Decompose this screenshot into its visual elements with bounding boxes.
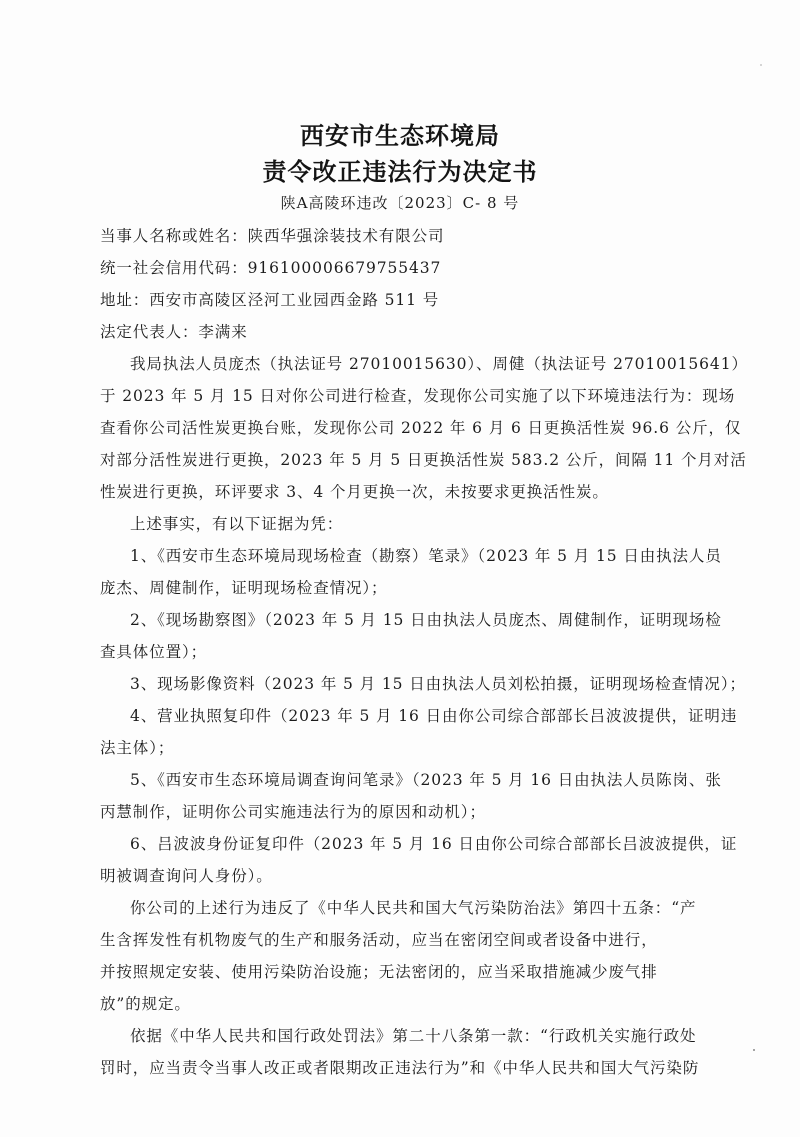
party-name-value: 陕西华强涂装技术有限公司	[248, 227, 445, 245]
issuer-title: 西安市生态环境局	[0, 116, 800, 151]
evidence-item-5: 5、《西安市生态环境局调查询问笔录》（2023 年 5 月 16 日由执法人员陈…	[130, 770, 750, 790]
violation-paragraph-line: 并按照规定安装、使用污染防治设施；无法密闭的，应当采取措施减少废气排	[100, 962, 720, 982]
fact-paragraph-line: 于 2023 年 5 月 15 日对你公司进行检查，发现你公司实施了以下环境违法…	[100, 386, 720, 406]
legal-rep-label: 法定代表人：	[100, 323, 198, 341]
party-name-label: 当事人名称或姓名：	[100, 227, 248, 245]
evidence-item-3: 3、现场影像资料（2023 年 5 月 15 日由执法人员刘松拍摄，证明现场检查…	[130, 674, 750, 694]
evidence-item-5-cont: 丙慧制作，证明你公司实施违法行为的原因和动机）；	[100, 802, 720, 822]
credit-code-label: 统一社会信用代码：	[100, 259, 248, 277]
document-title: 责令改正违法行为决定书	[0, 152, 800, 187]
scan-speck	[753, 1049, 755, 1051]
credit-code-value: 916100006679755437	[248, 259, 442, 277]
credit-code-row: 统一社会信用代码：916100006679755437	[100, 258, 720, 278]
document-number: 陕A高陵环违改〔2023〕C- 8 号	[0, 192, 800, 213]
fact-paragraph-line: 查看你公司活性炭更换台账，发现你公司 2022 年 6 月 6 日更换活性炭 9…	[100, 418, 720, 438]
evidence-item-2: 2、《现场勘察图》（2023 年 5 月 15 日由执法人员庞杰、周健制作，证明…	[130, 610, 750, 630]
evidence-item-4: 4、营业执照复印件（2023 年 5 月 16 日由你公司综合部部长吕波波提供，…	[130, 706, 750, 726]
evidence-item-1-cont: 庞杰、周健制作，证明现场检查情况）；	[100, 578, 720, 598]
address-label: 地址：	[100, 291, 149, 309]
legal-rep-row: 法定代表人：李满来	[100, 322, 720, 342]
scan-speck	[760, 64, 762, 66]
basis-paragraph-line: 依据《中华人民共和国行政处罚法》第二十八条第一款：“行政机关实施行政处	[130, 1026, 750, 1046]
violation-paragraph-line: 生含挥发性有机物废气的生产和服务活动，应当在密闭空间或者设备中进行，	[100, 930, 720, 950]
evidence-item-6-cont: 明被调查询问人身份）。	[100, 866, 720, 886]
evidence-intro: 上述事实，有以下证据为凭：	[130, 514, 750, 534]
violation-paragraph-line: 你公司的上述行为违反了《中华人民共和国大气污染防治法》第四十五条：“产	[130, 898, 750, 918]
address-row: 地址：西安市高陵区泾河工业园西金路 511 号	[100, 290, 720, 310]
fact-paragraph-line: 性炭进行更换，环评要求 3、4 个月更换一次，未按要求更换活性炭。	[100, 482, 720, 502]
evidence-item-1: 1、《西安市生态环境局现场检查（勘察）笔录》（2023 年 5 月 15 日由执…	[130, 546, 750, 566]
document-page: 西安市生态环境局 责令改正违法行为决定书 陕A高陵环违改〔2023〕C- 8 号…	[0, 0, 800, 1137]
fact-paragraph-line: 对部分活性炭进行更换，2023 年 5 月 5 日更换活性炭 583.2 公斤，…	[100, 450, 720, 470]
evidence-item-4-cont: 法主体）；	[100, 738, 720, 758]
evidence-item-6: 6、吕波波身份证复印件（2023 年 5 月 16 日由你公司综合部部长吕波波提…	[130, 834, 750, 854]
evidence-item-2-cont: 查具体位置）；	[100, 642, 720, 662]
violation-paragraph-line: 放”的规定。	[100, 994, 720, 1014]
party-name-row: 当事人名称或姓名：陕西华强涂装技术有限公司	[100, 226, 720, 246]
legal-rep-value: 李满来	[198, 323, 247, 341]
basis-paragraph-line: 罚时，应当责令当事人改正或者限期改正违法行为”和《中华人民共和国大气污染防	[100, 1058, 720, 1078]
address-value: 西安市高陵区泾河工业园西金路 511 号	[149, 291, 439, 309]
fact-paragraph-line: 我局执法人员庞杰（执法证号 27010015630）、周健（执法证号 27010…	[130, 354, 750, 374]
